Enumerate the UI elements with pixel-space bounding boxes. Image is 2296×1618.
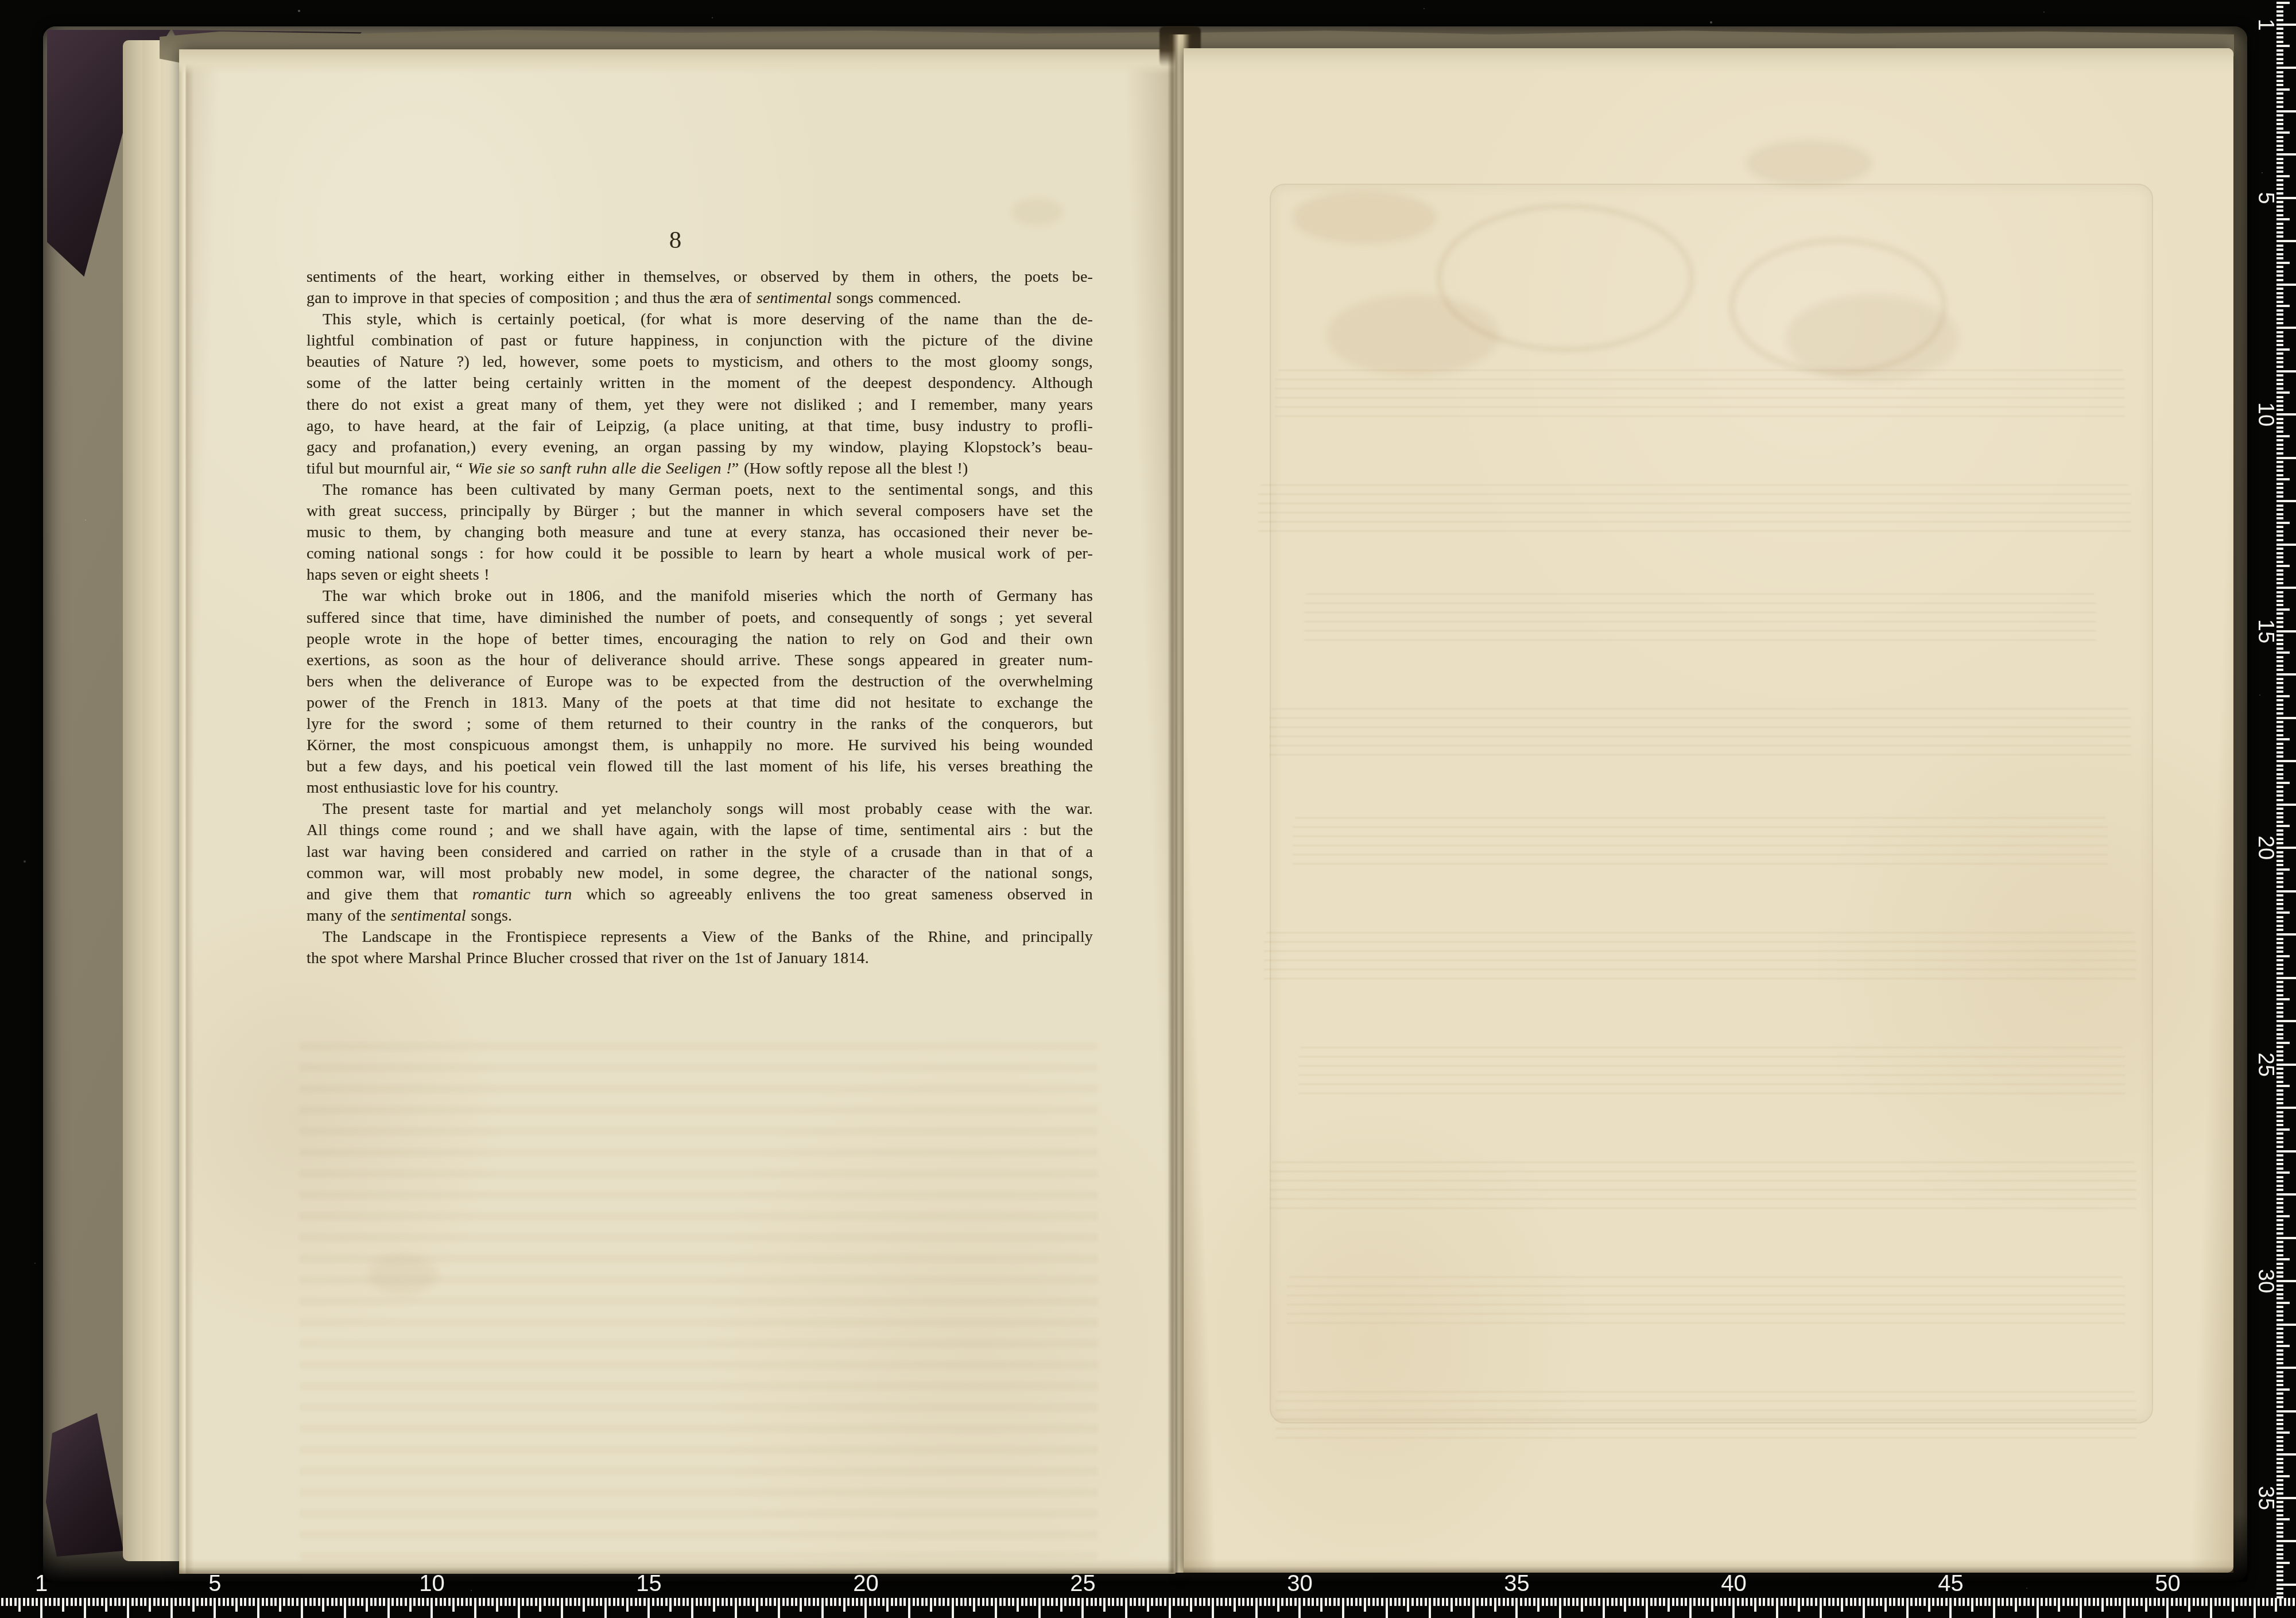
- ruler-tick: [2276, 1362, 2283, 1364]
- ruler-tick: [1585, 1598, 1587, 1606]
- ruler-tick: [2276, 487, 2283, 489]
- ruler-tick: [2276, 1037, 2283, 1039]
- ruler-tick: [1593, 1598, 1596, 1606]
- ruler-tick: [2276, 1011, 2283, 1014]
- ruler-tick: [804, 1598, 806, 1606]
- ruler-tick: [2276, 366, 2283, 368]
- ruler-tick: [539, 1598, 541, 1612]
- ruler-tick: [943, 1598, 945, 1606]
- ruler-tick: [335, 1598, 338, 1606]
- ruler-tick: [1659, 1598, 1661, 1606]
- ruler-tick: [2119, 1598, 2121, 1606]
- ruler-tick: [27, 1598, 29, 1606]
- ruler-tick: [1359, 1598, 1362, 1606]
- ruler-tick: [2276, 678, 2283, 680]
- ruler-tick: [14, 1598, 17, 1606]
- ruler-tick: [1689, 1598, 1692, 1618]
- ruler-tick: [2276, 777, 2283, 779]
- ruler-tick: [2276, 656, 2283, 658]
- ruler-number: 40: [1721, 1571, 1747, 1597]
- ruler-tick: [2276, 569, 2283, 572]
- text-line: with great success, principally by Bürge…: [307, 500, 1093, 522]
- ruler-tick: [1763, 1598, 1765, 1606]
- ruler-tick: [2276, 968, 2283, 970]
- ruler-tick: [2276, 296, 2283, 298]
- ruler-tick: [1368, 1598, 1370, 1606]
- ruler-tick: [1030, 1598, 1032, 1606]
- ruler-tick: [874, 1598, 876, 1606]
- ruler-tick: [140, 1598, 142, 1606]
- ruler-tick: [1034, 1598, 1036, 1606]
- ruler-tick: [2276, 1445, 2283, 1447]
- ruler-tick: [643, 1598, 646, 1606]
- text-line: The war which broke out in 1806, and the…: [307, 585, 1093, 607]
- ruler-tick: [2276, 266, 2283, 268]
- ruler-tick: [205, 1598, 207, 1606]
- ruler-tick: [2276, 1596, 2283, 1598]
- ruler-tick: [1425, 1598, 1427, 1606]
- ruler-tick: [2276, 24, 2296, 26]
- ruler-tick: [2276, 747, 2283, 749]
- ruler-tick: [257, 1598, 259, 1618]
- ruler-tick: [491, 1598, 494, 1606]
- ruler-number: 25: [2253, 1052, 2278, 1076]
- ruler-tick: [2276, 257, 2283, 259]
- ruler-tick: [201, 1598, 203, 1606]
- ruler-tick: [2258, 1598, 2260, 1606]
- ruler-tick: [682, 1598, 685, 1606]
- ruler-tick: [1212, 1598, 1214, 1618]
- ruler-tick: [2276, 1406, 2283, 1408]
- text-line: Körner, the most conspicuous amongst the…: [307, 735, 1093, 756]
- ruler-tick: [2276, 322, 2283, 324]
- ruler-tick: [2276, 1245, 2283, 1248]
- ruler-tick: [635, 1598, 637, 1606]
- ruler-tick: [2015, 1598, 2017, 1612]
- ruler-tick: [2101, 1598, 2104, 1612]
- ruler-tick: [2154, 1598, 2156, 1606]
- ruler-tick: [2276, 1401, 2283, 1403]
- ruler-tick: [2276, 1237, 2296, 1239]
- ruler-tick: [2276, 6, 2283, 8]
- ruler-tick: [674, 1598, 676, 1606]
- ruler-tick: [1320, 1598, 1322, 1612]
- text-line: but a few days, and his poetical vein fl…: [307, 756, 1093, 777]
- ruler-tick: [1203, 1598, 1205, 1606]
- ruler-tick: [2276, 1258, 2290, 1260]
- ruler-tick: [895, 1598, 897, 1606]
- ruler-tick: [1273, 1598, 1275, 1606]
- ruler-tick: [1021, 1598, 1023, 1606]
- ruler-tick: [2276, 942, 2283, 944]
- ruler-tick: [2054, 1598, 2056, 1606]
- ruler-tick: [2276, 765, 2283, 767]
- ruler-tick: [331, 1598, 333, 1606]
- ruler-tick: [2276, 465, 2283, 468]
- ruler-tick: [1958, 1598, 1961, 1606]
- ruler-tick: [1520, 1598, 1522, 1606]
- ruler-number: 35: [1504, 1571, 1530, 1597]
- ruler-tick: [2276, 422, 2283, 424]
- ruler-tick: [2019, 1598, 2021, 1606]
- page-text: sentiments of the heart, working either …: [307, 266, 1093, 969]
- ruler-tick: [1876, 1598, 1878, 1606]
- ruler-tick: [2276, 1453, 2296, 1456]
- ruler-tick: [1147, 1598, 1149, 1612]
- ruler-tick: [2276, 209, 2283, 212]
- ruler-tick: [1937, 1598, 1939, 1606]
- ruler-tick: [561, 1598, 563, 1618]
- ruler-tick: [2276, 552, 2283, 554]
- ruler-tick: [235, 1598, 238, 1612]
- ruler-tick: [1442, 1598, 1444, 1606]
- text-line: exertions, as soon as the hour of delive…: [307, 650, 1093, 671]
- ruler-tick: [2276, 1557, 2283, 1559]
- ruler-tick: [1750, 1598, 1752, 1606]
- ruler-tick: [49, 1598, 51, 1606]
- ruler-tick: [2276, 1202, 2283, 1204]
- ruler-tick: [1559, 1598, 1561, 1618]
- text-line: The present taste for martial and yet me…: [307, 798, 1093, 820]
- ruler-tick: [2276, 340, 2283, 342]
- ruler-tick: [1793, 1598, 1795, 1606]
- ruler-tick: [886, 1598, 889, 1612]
- ruler-tick: [2076, 1598, 2078, 1606]
- ruler-tick: [36, 1598, 38, 1606]
- ruler-tick: [1468, 1598, 1470, 1606]
- ruler-tick: [839, 1598, 841, 1606]
- ruler-tick: [2276, 1553, 2283, 1555]
- ruler-tick: [2276, 1540, 2296, 1542]
- ruler-tick: [2276, 218, 2290, 220]
- ruler-tick: [2219, 1598, 2221, 1606]
- ruler-tick: [2276, 773, 2283, 775]
- ruler-tick: [930, 1598, 932, 1612]
- ruler-tick: [722, 1598, 724, 1606]
- ruler-tick: [2276, 587, 2296, 589]
- ruler-tick: [999, 1598, 1002, 1606]
- ruler-tick: [2276, 1085, 2290, 1087]
- ruler-tick: [1685, 1598, 1687, 1606]
- ruler-tick: [652, 1598, 654, 1606]
- ruler-tick: [1060, 1598, 1062, 1612]
- ruler-tick: [1932, 1598, 1934, 1606]
- ruler-tick: [2276, 470, 2283, 472]
- ruler-tick: [813, 1598, 815, 1606]
- ruler-tick: [322, 1598, 324, 1612]
- ruler-tick: [2266, 1598, 2268, 1606]
- ruler-tick: [2276, 894, 2283, 897]
- ruler-tick: [400, 1598, 402, 1606]
- ruler-tick: [318, 1598, 320, 1606]
- ruler-tick: [2276, 1015, 2283, 1018]
- ruler-tick: [995, 1598, 997, 1618]
- ruler-tick: [2276, 240, 2296, 242]
- ruler-tick: [956, 1598, 958, 1606]
- ruler-tick: [1576, 1598, 1578, 1606]
- ruler-tick: [1702, 1598, 1704, 1606]
- ruler-tick: [864, 1598, 867, 1618]
- text-line: suffered since that time, have diminishe…: [307, 607, 1093, 628]
- ruler-tick: [747, 1598, 750, 1606]
- ruler-tick: [2271, 1598, 2273, 1606]
- ruler-tick: [1264, 1598, 1266, 1606]
- ruler-tick: [2223, 1598, 2225, 1606]
- ruler-tick: [2276, 1371, 2283, 1373]
- text-line: lightful combination of past or future h…: [307, 330, 1093, 351]
- ruler-tick: [2276, 847, 2296, 849]
- ruler-tick: [1715, 1598, 1717, 1606]
- ruler-tick: [1976, 1598, 1978, 1606]
- ruler-tick: [2175, 1598, 2178, 1606]
- ruler-tick: [1776, 1598, 1778, 1618]
- paragraph: sentiments of the heart, working either …: [307, 266, 1093, 309]
- ruler-tick: [2276, 1475, 2290, 1477]
- ruler-tick: [2276, 812, 2283, 814]
- ruler-tick: [2276, 123, 2283, 125]
- ruler-tick: [735, 1598, 737, 1618]
- ruler-tick: [2276, 1115, 2283, 1118]
- text-line: tiful but mournful air, “ Wie sie so san…: [307, 458, 1093, 479]
- ruler-tick: [2276, 245, 2283, 247]
- ruler-tick: [2276, 49, 2283, 52]
- ruler-tick: [309, 1598, 312, 1606]
- ruler-tick: [1806, 1598, 1809, 1606]
- ruler-number: 30: [2253, 1269, 2278, 1293]
- ruler-tick: [2276, 110, 2296, 112]
- ruler-tick: [1194, 1598, 1197, 1606]
- ruler-number: 30: [1287, 1571, 1313, 1597]
- ruler-tick: [461, 1598, 463, 1606]
- ruler-tick: [1820, 1598, 1822, 1618]
- ruler-tick: [2276, 855, 2283, 857]
- ruler-tick: [166, 1598, 168, 1606]
- ruler-tick: [1810, 1598, 1813, 1606]
- ruler-tick: [1459, 1598, 1461, 1606]
- ruler-tick: [196, 1598, 199, 1606]
- ruler-tick: [1051, 1598, 1053, 1606]
- ruler-tick: [1455, 1598, 1457, 1606]
- bottom-ruler-labels: 15101520253035404550: [0, 1569, 2296, 1597]
- ruler-tick: [1880, 1598, 1882, 1606]
- ruler-tick: [2276, 1375, 2283, 1378]
- ruler-tick: [1945, 1598, 1948, 1606]
- ruler-tick: [1364, 1598, 1366, 1612]
- ruler-tick: [1298, 1598, 1301, 1618]
- ruler-tick: [774, 1598, 776, 1606]
- ruler-number: 45: [1938, 1571, 1964, 1597]
- ruler-tick: [2276, 80, 2283, 82]
- ruler-tick: [2276, 561, 2283, 563]
- ruler-tick: [1494, 1598, 1496, 1612]
- ruler-tick: [2276, 158, 2283, 160]
- ruler-tick: [2276, 1293, 2283, 1295]
- ruler-tick: [266, 1598, 268, 1606]
- ruler-tick: [2276, 166, 2283, 169]
- ruler-tick: [1268, 1598, 1270, 1606]
- ruler-tick: [2067, 1598, 2069, 1606]
- ruler-tick: [1437, 1598, 1440, 1606]
- ruler-tick: [474, 1598, 476, 1618]
- ruler-tick: [756, 1598, 758, 1612]
- ruler-tick: [2027, 1598, 2030, 1606]
- ruler-tick: [2276, 162, 2283, 164]
- ruler-tick: [2276, 617, 2283, 619]
- ruler-tick: [1155, 1598, 1158, 1606]
- ruler-tick: [2140, 1598, 2143, 1606]
- ruler-tick: [2276, 379, 2283, 381]
- ruler-tick: [2236, 1598, 2238, 1606]
- text-line: ago, to have heard, at the fair of Leipz…: [307, 416, 1093, 437]
- ruler-tick: [786, 1598, 789, 1606]
- ruler-tick: [1832, 1598, 1835, 1606]
- ruler-tick: [1589, 1598, 1592, 1606]
- ruler-number: 10: [2253, 402, 2278, 426]
- ruler-tick: [2276, 1064, 2296, 1066]
- dust-speckles: [0, 0, 1, 1]
- ruler-tick: [1771, 1598, 1774, 1606]
- ruler-tick: [921, 1598, 924, 1606]
- ruler-tick: [2276, 612, 2283, 615]
- text-line: the spot where Marshal Prince Blucher cr…: [307, 948, 1093, 969]
- ruler-tick: [1637, 1598, 1639, 1606]
- ruler-tick: [2249, 1598, 2251, 1606]
- paragraph: The romance has been cultivated by many …: [307, 479, 1093, 585]
- ruler-tick: [1529, 1598, 1531, 1606]
- text-line: gan to improve in that species of compos…: [307, 288, 1093, 309]
- ruler-tick: [2276, 769, 2283, 771]
- ruler-tick: [769, 1598, 771, 1606]
- ruler-tick: [2276, 1120, 2283, 1122]
- ruler-tick: [1151, 1598, 1153, 1606]
- ruler-tick: [2127, 1598, 2130, 1606]
- ruler-tick: [396, 1598, 398, 1606]
- paragraph: The present taste for martial and yet me…: [307, 798, 1093, 926]
- ruler-tick: [1928, 1598, 1930, 1612]
- ruler-tick: [657, 1598, 659, 1606]
- ruler-tick: [2276, 1436, 2283, 1438]
- ruler-tick: [2276, 1341, 2283, 1343]
- ruler-tick: [2276, 1254, 2283, 1256]
- ruler-tick: [2276, 1566, 2283, 1568]
- ruler-number: 1: [2253, 18, 2278, 30]
- ruler-tick: [2276, 790, 2283, 793]
- text-line: beauties of Nature ?) led, however, some…: [307, 351, 1093, 373]
- ruler-tick: [2276, 88, 2290, 91]
- ruler-tick: [2276, 1549, 2283, 1551]
- ruler-tick: [2276, 2, 2290, 4]
- ruler-tick: [2276, 1431, 2290, 1434]
- ruler-tick: [2276, 699, 2283, 701]
- ruler-tick: [2276, 886, 2283, 888]
- ruler-tick: [1533, 1598, 1535, 1606]
- ruler-tick: [2276, 660, 2283, 662]
- ruler-tick: [2276, 409, 2283, 411]
- ruler-tick: [1498, 1598, 1500, 1606]
- ruler-tick: [1633, 1598, 1635, 1606]
- ruler-tick: [2276, 513, 2283, 515]
- ruler-tick: [2276, 604, 2283, 606]
- ruler-tick: [1242, 1598, 1244, 1606]
- ruler-tick: [2214, 1598, 2217, 1606]
- ruler-tick: [2276, 556, 2283, 558]
- ruler-tick: [1420, 1598, 1422, 1606]
- ruler-tick: [2276, 383, 2283, 385]
- ruler-tick: [2276, 1146, 2283, 1148]
- ruler-tick: [2276, 1332, 2283, 1334]
- ruler-tick: [2276, 184, 2283, 186]
- ruler-tick: [1554, 1598, 1557, 1606]
- ruler-tick: [2276, 352, 2283, 355]
- ruler-tick: [366, 1598, 368, 1612]
- ruler-tick: [795, 1598, 797, 1606]
- ruler-tick: [1337, 1598, 1340, 1606]
- ruler-tick: [1190, 1598, 1192, 1612]
- ruler-tick: [1923, 1598, 1926, 1606]
- ruler-tick: [1676, 1598, 1678, 1606]
- ruler-tick: [2276, 357, 2283, 359]
- text-line: gacy and profanation,) every evening, an…: [307, 437, 1093, 458]
- ruler-tick: [847, 1598, 850, 1606]
- ruler-tick: [596, 1598, 598, 1606]
- ruler-tick: [2276, 1579, 2283, 1581]
- ruler-tick: [2276, 71, 2283, 73]
- ruler-tick: [2276, 1167, 2283, 1170]
- ruler-tick: [1737, 1598, 1739, 1606]
- ruler-tick: [2276, 1042, 2290, 1044]
- ruler-tick: [2276, 1176, 2283, 1178]
- ruler-tick: [2276, 526, 2283, 528]
- ruler-tick: [2276, 1497, 2296, 1499]
- text-show-through: [300, 1042, 1097, 1576]
- ruler-tick: [2276, 444, 2283, 446]
- ruler-tick: [214, 1598, 216, 1618]
- ruler-tick: [1081, 1598, 1084, 1618]
- ruler-tick: [2084, 1598, 2086, 1606]
- ruler-tick: [591, 1598, 594, 1606]
- ruler-tick: [544, 1598, 546, 1606]
- text-line: lyre for the sword ; some of them return…: [307, 713, 1093, 735]
- ruler-tick: [1490, 1598, 1492, 1606]
- ruler-tick: [2276, 1271, 2283, 1274]
- text-line: coming national songs : for how could it…: [307, 543, 1093, 564]
- ruler-tick: [1754, 1598, 1756, 1612]
- text-line: All things come round ; and we shall hav…: [307, 820, 1093, 841]
- ruler-tick: [10, 1598, 12, 1606]
- ruler-tick: [2276, 868, 2290, 871]
- ruler-tick: [982, 1598, 984, 1606]
- ruler-tick: [2276, 201, 2283, 203]
- ruler-tick: [2244, 1598, 2247, 1606]
- ruler-tick: [2276, 1215, 2290, 1217]
- ruler-tick: [2276, 28, 2283, 30]
- ruler-tick: [1238, 1598, 1240, 1606]
- ruler-tick: [2276, 890, 2296, 893]
- ruler-tick: [2240, 1598, 2243, 1606]
- ruler-tick: [2276, 1076, 2283, 1078]
- ruler-tick: [2276, 929, 2283, 931]
- ruler-tick: [913, 1598, 915, 1606]
- ruler-tick: [1654, 1598, 1657, 1606]
- ruler-tick: [869, 1598, 871, 1606]
- ruler-tick: [2227, 1598, 2229, 1606]
- ruler-tick: [891, 1598, 893, 1606]
- ruler-tick: [761, 1598, 763, 1606]
- ruler-tick: [2276, 114, 2283, 117]
- ruler-tick: [1650, 1598, 1653, 1606]
- ruler-tick: [2276, 621, 2283, 623]
- ruler-tick: [418, 1598, 420, 1606]
